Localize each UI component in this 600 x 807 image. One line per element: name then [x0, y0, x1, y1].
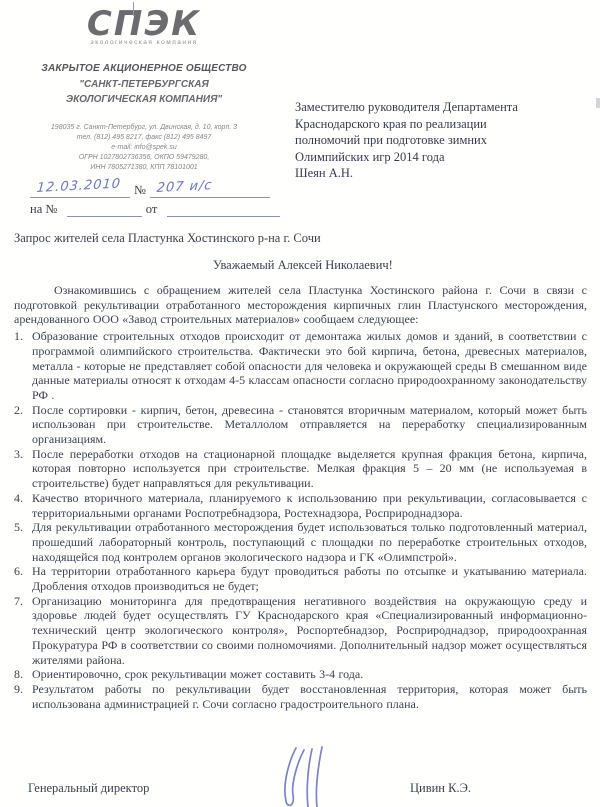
signer-title: Генеральный директор: [28, 781, 149, 796]
org-name-line1: "САНКТ-ПЕТЕРБУРГСКАЯ: [18, 77, 270, 92]
org-name: "САНКТ-ПЕТЕРБУРГСКАЯ ЭКОЛОГИЧЕСКАЯ КОМПА…: [18, 77, 270, 107]
recipient-line: Олимпийских игр 2014 года: [295, 149, 585, 166]
recipient-line: Шеян А.Н.: [295, 165, 585, 182]
scan-artifact: [596, 98, 600, 108]
recipient-line: Краснодарского края по реализации: [295, 116, 585, 133]
list-item: Для рекультивации отработанного месторож…: [14, 520, 587, 564]
logo-text: СПЭК: [87, 6, 201, 42]
scanned-letter-page: СПЭК экологическая компания ЗАКРЫТОЕ АКЦ…: [0, 0, 600, 807]
from-label: от: [146, 202, 158, 217]
company-address-block: 198035 г. Санкт-Петербург, ул. Двинская,…: [18, 123, 270, 173]
handwritten-number: 207 и/с: [156, 178, 213, 196]
intro-paragraph: Ознакомившись с обращением жителей села …: [14, 283, 587, 327]
list-item: Ориентировочно, срок рекультивации может…: [14, 667, 587, 682]
letter-body: Ознакомившись с обращением жителей села …: [14, 283, 587, 711]
list-item: Образование строительных отходов происхо…: [14, 329, 587, 403]
number-label: №: [134, 183, 146, 198]
address-line: тел. (812) 495 8217, факс (812) 495 8497: [18, 133, 270, 143]
reply-number-blank: [67, 202, 141, 217]
handwritten-date: 12.03.2010: [36, 176, 122, 196]
recipient-block: Заместителю руководителя Департамента Кр…: [295, 99, 585, 182]
recipient-line: полномочий при подготовке зимних: [295, 132, 585, 149]
address-line: 198035 г. Санкт-Петербург, ул. Двинская,…: [18, 123, 270, 133]
letterhead: СПЭК экологическая компания ЗАКРЫТОЕ АКЦ…: [18, 4, 270, 173]
reply-to-label: на №: [30, 202, 57, 217]
ref-block: 12.03.2010 № 207 и/с на № от: [30, 183, 280, 221]
recipient-line: Заместителю руководителя Департамента: [295, 99, 585, 116]
list-item: На территории отработанного карьера буду…: [14, 564, 587, 593]
company-logo: СПЭК экологическая компания: [87, 6, 201, 46]
numbered-list: Образование строительных отходов происхо…: [14, 329, 587, 711]
ref-row-date-number: 12.03.2010 № 207 и/с: [30, 183, 280, 198]
org-type: ЗАКРЫТОЕ АКЦИОНЕРНОЕ ОБЩЕСТВО: [18, 63, 270, 74]
list-item: Результатом работы по рекультивации буде…: [14, 682, 587, 711]
reply-date-blank: [167, 202, 280, 217]
logo-tagline: экологическая компания: [87, 39, 201, 46]
list-item: Организацию мониторинга для предотвращен…: [14, 594, 587, 668]
handwritten-signature: [278, 745, 348, 807]
salutation: Уважаемый Алексей Николаевич!: [213, 258, 393, 273]
subject-line: Запрос жителей села Пластунка Хостинског…: [14, 231, 321, 246]
number-blank: 207 и/с: [150, 183, 270, 198]
list-item: После переработки отходов на стационарно…: [14, 447, 587, 491]
address-line: e-mail: info@spek.su: [18, 143, 270, 153]
signer-name: Цивин К.Э.: [410, 781, 471, 796]
date-blank: 12.03.2010: [30, 183, 130, 198]
chimney-icon: [133, 2, 134, 16]
ref-row-reply: на № от: [30, 202, 280, 217]
address-line: ИНН 7805271380, КПП 78101001: [18, 163, 270, 173]
org-name-line2: ЭКОЛОГИЧЕСКАЯ КОМПАНИЯ": [18, 92, 270, 107]
address-line: ОГРН 1027802736356, ОКПО 59479280,: [18, 153, 270, 163]
list-item: Качество вторичного материала, планируем…: [14, 491, 587, 520]
list-item: После сортировки - кирпич, бетон, древес…: [14, 403, 587, 447]
